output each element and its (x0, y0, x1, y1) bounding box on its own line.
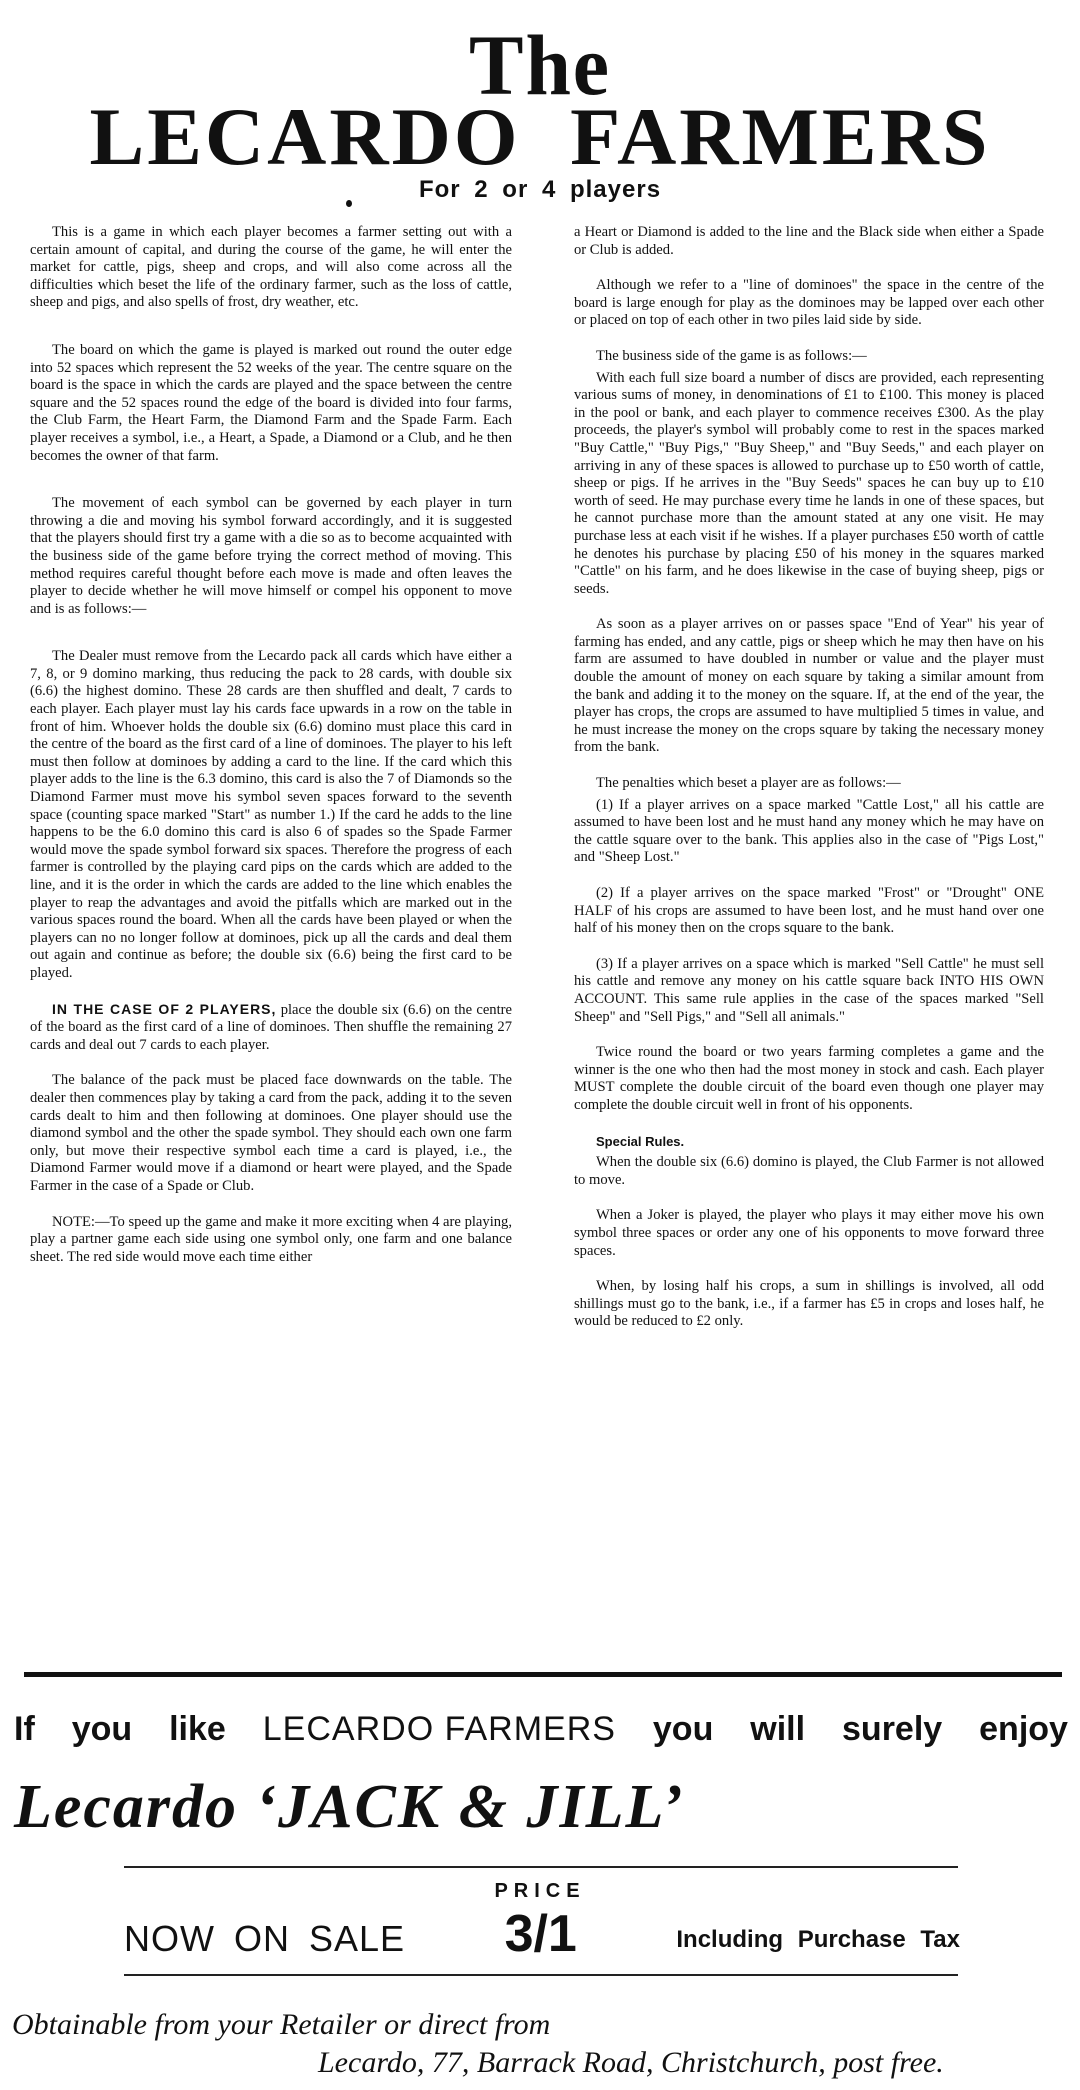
penalty-item: (3) If a player arrives on a space which… (574, 956, 1044, 1026)
section-divider (24, 1672, 1062, 1677)
penalty-item: (1) If a player arrives on a space marke… (574, 797, 1044, 867)
page-title: LECARDO FARMERS (0, 96, 1080, 178)
promo-headline: If you like LECARDO FARMERS you will sur… (14, 1712, 1068, 1746)
promo-word: you (653, 1712, 713, 1746)
dealer-paragraph: The Dealer must remove from the Lecardo … (30, 648, 512, 982)
promo-product-name: Lecardo ‘JACK & JILL’ (14, 1776, 1068, 1838)
promo-word: surely (842, 1712, 942, 1746)
right-column: a Heart or Diamond is added to the line … (574, 224, 1044, 1349)
price-rule-bottom (124, 1974, 958, 1976)
two-players-paragraph: IN THE CASE OF 2 PLAYERS, place the doub… (30, 1001, 512, 1055)
two-players-lead: IN THE CASE OF 2 PLAYERS, (52, 1001, 276, 1017)
balance-paragraph: The balance of the pack must be placed f… (30, 1072, 512, 1195)
special-rules-heading: Special Rules. (596, 1133, 1044, 1151)
intro-paragraph: This is a game in which each player beco… (30, 224, 512, 312)
price-value: 3/1 (505, 1908, 577, 1960)
left-column: This is a game in which each player beco… (30, 224, 512, 1284)
promo-game-name: LECARDO FARMERS (263, 1712, 616, 1746)
obtainable-text: Obtainable from your Retailer or direct … (12, 2008, 550, 2042)
address-text: Lecardo, 77, Barrack Road, Christchurch,… (318, 2046, 944, 2080)
penalties-heading: The penalties which beset a player are a… (574, 775, 1044, 793)
special-rule-item: When, by losing half his crops, a sum in… (574, 1278, 1044, 1331)
sale-line: NOW ON SALE 3/1 Including Purchase Tax (124, 1908, 960, 1960)
promo-word: like (169, 1712, 226, 1746)
board-paragraph: The board on which the game is played is… (30, 342, 512, 465)
end-of-year-paragraph: As soon as a player arrives on or passes… (574, 616, 1044, 757)
note-continuation: a Heart or Diamond is added to the line … (574, 224, 1044, 259)
special-rule-item: When a Joker is played, the player who p… (574, 1207, 1044, 1260)
special-rule-item: When the double six (6.6) domino is play… (574, 1154, 1044, 1189)
winning-paragraph: Twice round the board or two years farmi… (574, 1044, 1044, 1114)
promo-word: you (72, 1712, 132, 1746)
price-label: PRICE (0, 1880, 1080, 1903)
line-of-dominoes-paragraph: Although we refer to a "line of dominoes… (574, 277, 1044, 330)
movement-paragraph: The movement of each symbol can be gover… (30, 495, 512, 618)
now-on-sale: NOW ON SALE (124, 1918, 405, 1960)
note-paragraph: NOTE:—To speed up the game and make it m… (30, 1214, 512, 1267)
promo-word: enjoy (979, 1712, 1068, 1746)
penalty-item: (2) If a player arrives on the space mar… (574, 885, 1044, 938)
business-heading: The business side of the game is as foll… (574, 348, 1044, 366)
promo-word: will (750, 1712, 805, 1746)
subtitle: For 2 or 4 players (0, 176, 1080, 204)
promo-word: If (14, 1712, 35, 1746)
price-rule-top (124, 1866, 958, 1868)
tax-note: Including Purchase Tax (676, 1926, 960, 1960)
business-paragraph: With each full size board a number of di… (574, 370, 1044, 599)
